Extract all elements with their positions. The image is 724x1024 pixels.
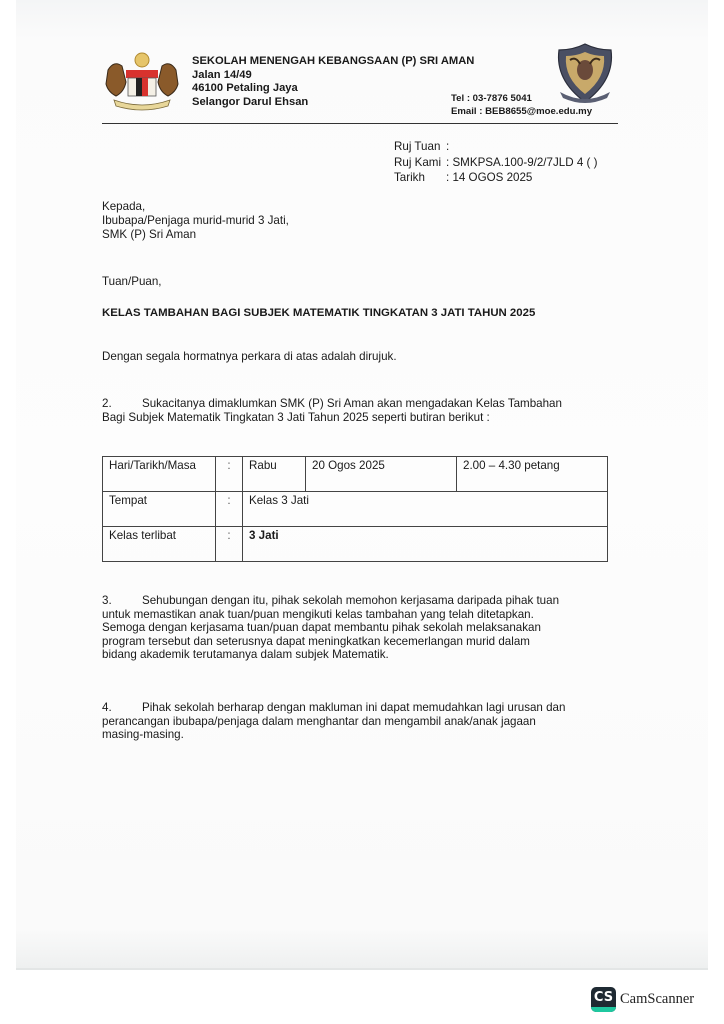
- paragraph-3: 3.Sehubungan dengan itu, pihak sekolah m…: [102, 594, 632, 662]
- row-label: Hari/Tarikh/Masa: [103, 457, 216, 492]
- recipient-block: Kepada, Ibubapa/Penjaga murid-murid 3 Ja…: [102, 200, 289, 242]
- reference-block: Ruj Tuan : Ruj Kami : SMKPSA.100-9/2/7JL…: [394, 139, 597, 186]
- malaysia-coat-of-arms-icon: [102, 50, 182, 112]
- tarikh-row: Tarikh : 14 OGOS 2025: [394, 170, 597, 186]
- salutation: Tuan/Puan,: [102, 275, 162, 289]
- table-row: Kelas terlibat : 3 Jati: [103, 527, 608, 562]
- school-name-block: SEKOLAH MENENGAH KEBANGSAAN (P) SRI AMAN…: [192, 55, 474, 109]
- row-label: Kelas terlibat: [103, 527, 216, 562]
- address-line: 46100 Petaling Jaya: [192, 82, 474, 96]
- paragraph-number: 2.: [102, 397, 142, 411]
- paragraph-line: masing-masing.: [102, 728, 632, 742]
- scanned-letter-page: SEKOLAH MENENGAH KEBANGSAAN (P) SRI AMAN…: [16, 0, 708, 970]
- recipient-line: SMK (P) Sri Aman: [102, 228, 289, 242]
- table-row: Tempat : Kelas 3 Jati: [103, 492, 608, 527]
- paragraph-line: Bagi Subjek Matematik Tingkatan 3 Jati T…: [102, 411, 632, 425]
- ruj-kami-row: Ruj Kami : SMKPSA.100-9/2/7JLD 4 ( ): [394, 155, 597, 171]
- paragraph-2: 2.Sukacitanya dimaklumkan SMK (P) Sri Am…: [102, 397, 632, 424]
- paragraph-line: Pihak sekolah berharap dengan makluman i…: [142, 701, 565, 714]
- tarikh-label: Tarikh: [394, 170, 446, 186]
- recipient-line: Kepada,: [102, 200, 289, 214]
- recipient-line: Ibubapa/Penjaga murid-murid 3 Jati,: [102, 214, 289, 228]
- subject-title: KELAS TAMBAHAN BAGI SUBJEK MATEMATIK TIN…: [102, 306, 535, 320]
- ruj-tuan-label: Ruj Tuan: [394, 139, 446, 155]
- paragraph-line: bidang akademik terutamanya dalam subjek…: [102, 648, 632, 662]
- time-cell: 2.00 – 4.30 petang: [457, 457, 608, 492]
- ruj-kami-value: : SMKPSA.100-9/2/7JLD 4 ( ): [446, 155, 597, 171]
- paragraph-line: Sehubungan dengan itu, pihak sekolah mem…: [142, 594, 559, 607]
- day-cell: Rabu: [243, 457, 306, 492]
- email: Email : BEB8655@moe.edu.my: [451, 106, 592, 119]
- letterhead-divider: [102, 123, 618, 124]
- paragraph-line: perancangan ibubapa/penjaga dalam mengha…: [102, 715, 632, 729]
- row-label: Tempat: [103, 492, 216, 527]
- class-cell: 3 Jati: [243, 527, 608, 562]
- school-crest-icon: [552, 42, 618, 106]
- ruj-tuan-row: Ruj Tuan :: [394, 139, 597, 155]
- camscanner-label: CamScanner: [620, 991, 694, 1008]
- school-name: SEKOLAH MENENGAH KEBANGSAAN (P) SRI AMAN: [192, 55, 474, 69]
- paragraph-line: Sukacitanya dimaklumkan SMK (P) Sri Aman…: [142, 397, 562, 410]
- table-row: Hari/Tarikh/Masa : Rabu 20 Ogos 2025 2.0…: [103, 457, 608, 492]
- camscanner-icon: CS: [591, 987, 616, 1012]
- ruj-tuan-value: :: [446, 139, 449, 155]
- class-details-table: Hari/Tarikh/Masa : Rabu 20 Ogos 2025 2.0…: [102, 456, 608, 562]
- paragraph-number: 3.: [102, 594, 142, 608]
- ruj-kami-label: Ruj Kami: [394, 155, 446, 171]
- opening-line: Dengan segala hormatnya perkara di atas …: [102, 350, 397, 364]
- paragraph-line: untuk memastikan anak tuan/puan mengikut…: [102, 608, 632, 622]
- date-cell: 20 Ogos 2025: [306, 457, 457, 492]
- row-colon: :: [216, 457, 243, 492]
- paragraph-4: 4.Pihak sekolah berharap dengan makluman…: [102, 701, 632, 742]
- paragraph-number: 4.: [102, 701, 142, 715]
- venue-cell: Kelas 3 Jati: [243, 492, 608, 527]
- address-line: Jalan 14/49: [192, 69, 474, 83]
- row-colon: :: [216, 527, 243, 562]
- tarikh-value: : 14 OGOS 2025: [446, 170, 532, 186]
- paragraph-line: program tersebut dan seterusnya dapat me…: [102, 635, 632, 649]
- row-colon: :: [216, 492, 243, 527]
- address-line: Selangor Darul Ehsan: [192, 96, 474, 110]
- paragraph-line: Semoga dengan kerjasama tuan/puan dapat …: [102, 621, 632, 635]
- camscanner-watermark: CS CamScanner: [591, 987, 694, 1012]
